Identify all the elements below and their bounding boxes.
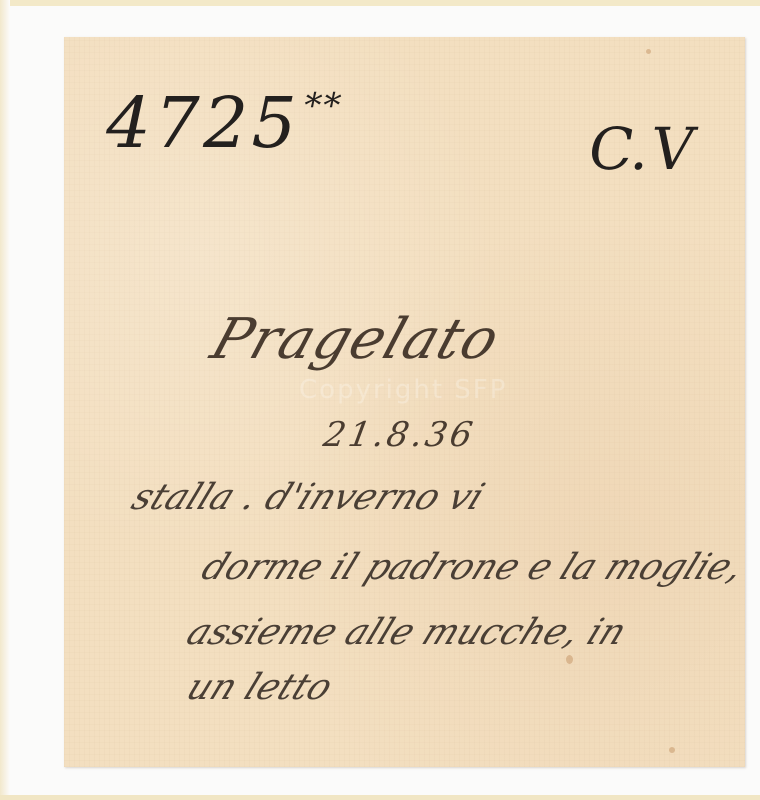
mount-bottom-edge <box>0 795 760 800</box>
collector-initials: C.V <box>583 115 701 183</box>
note-line: un letto <box>181 667 339 708</box>
catalog-number: 4725** <box>97 82 347 164</box>
catalog-number-value: 4725 <box>97 82 309 164</box>
note-line: assieme alle mucche, in <box>181 612 633 653</box>
mount-left-edge <box>0 0 10 800</box>
foxing-spot <box>566 655 573 664</box>
record-date: 21.8.36 <box>320 415 478 455</box>
catalog-marks: ** <box>300 86 347 126</box>
mount-top-edge <box>0 0 760 6</box>
foxing-spot <box>646 49 651 54</box>
foxing-spot <box>669 747 675 753</box>
note-line: stalla . d'inverno vi <box>126 477 490 518</box>
copyright-watermark: Copyright SFP <box>299 375 507 405</box>
note-line: dorme il padrone e la moglie, <box>196 547 750 588</box>
place-name: Pragelato <box>203 307 507 372</box>
archival-card: 4725** C.V Pragelato Copyright SFP 21.8.… <box>64 37 745 767</box>
